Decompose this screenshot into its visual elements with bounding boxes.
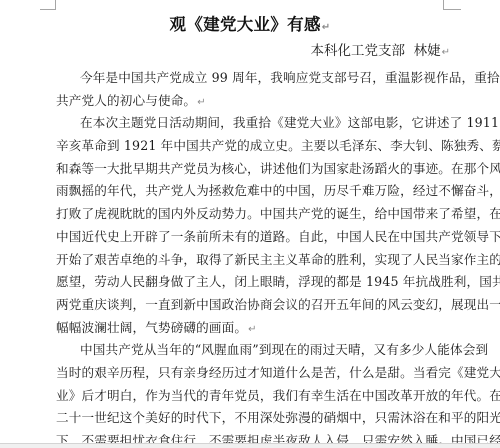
title-text: 观《建党大业》有感 (170, 15, 321, 34)
margin-corner-mark-top-right (443, 0, 461, 10)
text-line-content: 共产党人的初心与使命。 (56, 93, 196, 108)
text-line: 当时的艰辛历程，只有亲身经历过才知道什么是苦，什么是甜。当看完《建党大 (56, 362, 444, 385)
text-line: 在本次主题党日活动期间，我重拾《建党大业》这部电影，它讲述了 1911 年 (56, 112, 444, 135)
text-line: 雨飘摇的年代，共产党人为拯救危难中的中国，历尽千难万险，经过不懈奋斗， (56, 180, 444, 203)
text-line: 愿望，劳动人民翻身做了主人，闭上眼睛，浮现的都是 1945 年抗战胜利，国共 (56, 271, 444, 294)
text-line: 二十一世纪这个美好的时代下，不用深处弥漫的硝烟中，只需沐浴在和平的阳光 (56, 407, 444, 430)
paragraph-mark-icon: ↵ (322, 22, 331, 33)
author-line: 本科化工党支部 林婕↵ (311, 40, 450, 64)
paragraph-mark-icon: ↵ (197, 97, 206, 108)
document-title: 观《建党大业》有感↵ (0, 14, 500, 39)
text-line: 两党重庆谈判，一直到新中国政治协商会议的召开五年间的风云变幻，展现出一 (56, 294, 444, 317)
text-line: 幅幅波澜壮阔，气势磅礴的画面。↵ (56, 317, 444, 340)
text-line: 共产党人的初心与使命。↵ (56, 90, 444, 113)
text-line: 今年是中国共产党成立 99 周年，我响应党支部号召，重温影视作品，重拾 (56, 67, 444, 90)
text-line: 辛亥革命到 1921 年中国共产党的成立史。主要以毛泽东、李大钊、陈独秀、蔡 (56, 135, 444, 158)
paragraph-mark-icon: ↵ (248, 324, 257, 335)
paragraph-mark-icon: ↵ (442, 47, 450, 58)
document-page[interactable]: 观《建党大业》有感↵ 本科化工党支部 林婕↵ 今年是中国共产党成立 99 周年，… (0, 0, 500, 443)
text-line: 业》后才明白，作为当代的青年党员，我们有幸生活在中国改革开放的年代。在 (56, 385, 444, 408)
text-line: 和森等一大批早期共产党员为核心，讲述他们为国家赴汤蹈火的事迹。在那个风 (56, 158, 444, 181)
text-line: 中国共产党从当年的“风腥血雨”到现在的雨过天晴，又有多少人能体会到 (56, 339, 444, 362)
text-line: 开始了艰苦卓绝的斗争，取得了新民主主义革命的胜利，实现了人民当家作主的 (56, 249, 444, 272)
document-body[interactable]: 今年是中国共产党成立 99 周年，我响应党支部号召，重温影视作品，重拾 共产党人… (56, 67, 444, 448)
author-text: 本科化工党支部 林婕 (311, 43, 441, 59)
page-bottom-gap (0, 443, 500, 448)
text-line: 中国近代史上开辟了一条前所未有的道路。自此，中国人民在中国共产党领导下 (56, 226, 444, 249)
text-line: 打败了虎视眈眈的国内外反动势力。中国共产党的诞生，给中国带来了希望，在 (56, 203, 444, 226)
margin-corner-mark-top-left (40, 0, 56, 10)
text-line-content: 幅幅波澜壮阔，气势磅礴的画面。 (56, 320, 247, 335)
